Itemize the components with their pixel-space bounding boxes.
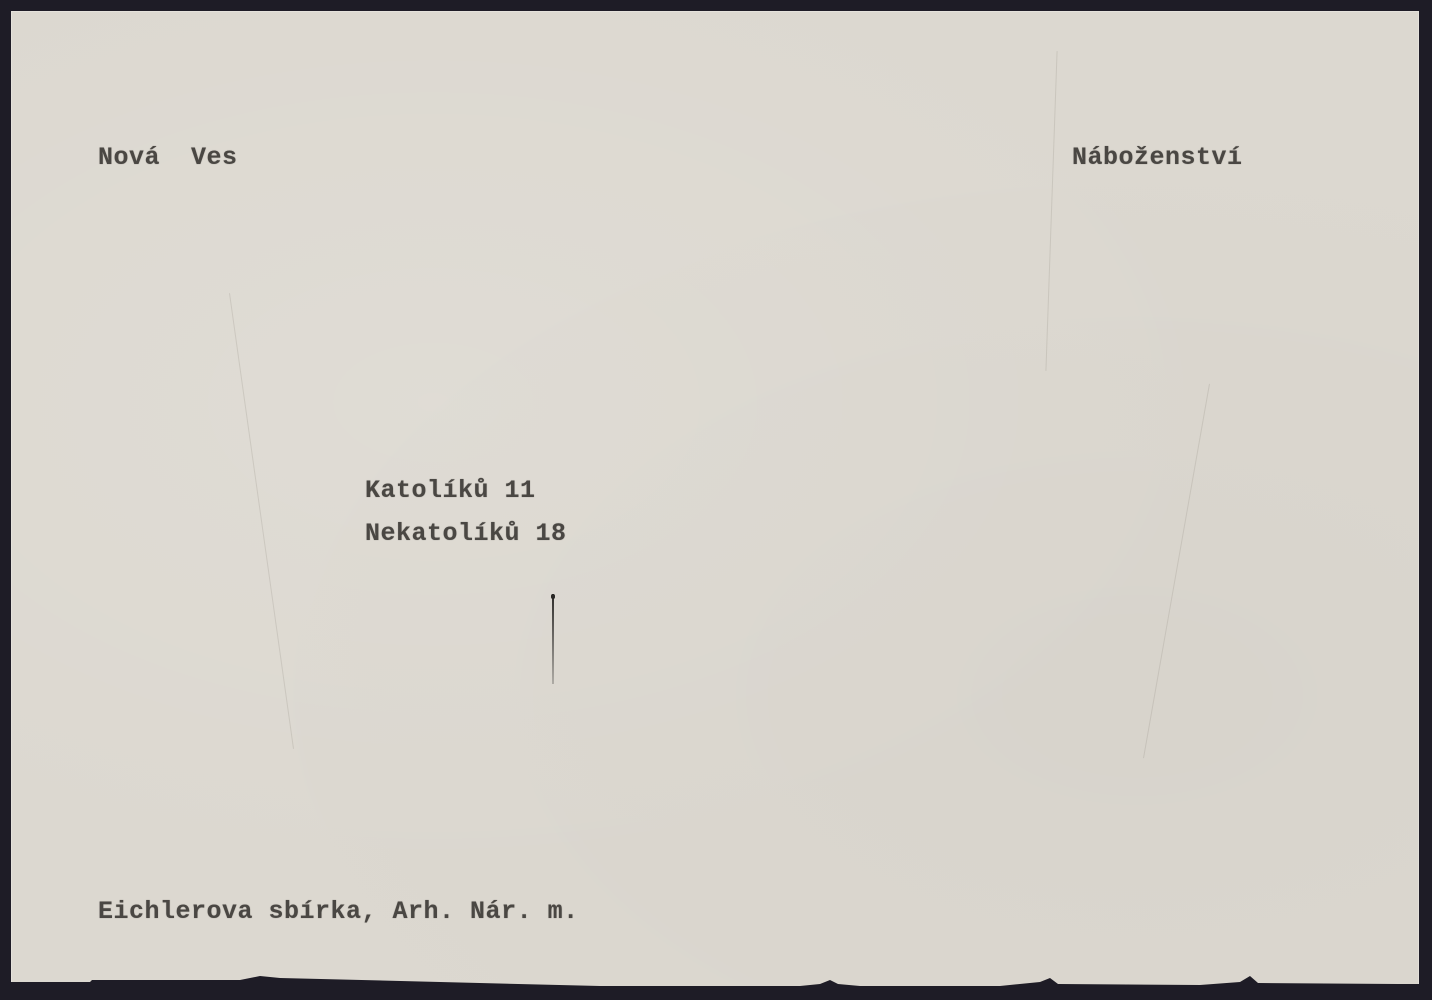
pencil-mark bbox=[552, 594, 554, 684]
non-catholic-count: Nekatolíků 18 bbox=[365, 519, 567, 548]
torn-bottom-edge bbox=[0, 970, 1432, 1000]
paper-crease bbox=[1045, 51, 1057, 371]
topic-heading: Náboženství bbox=[1072, 143, 1243, 172]
place-name: Nová Ves bbox=[98, 143, 238, 172]
paper-crease bbox=[229, 293, 294, 749]
catholic-count: Katolíků 11 bbox=[365, 476, 536, 505]
paper-crease bbox=[1143, 384, 1210, 758]
source-citation: Eichlerova sbírka, Arh. Nár. m. bbox=[98, 897, 579, 926]
